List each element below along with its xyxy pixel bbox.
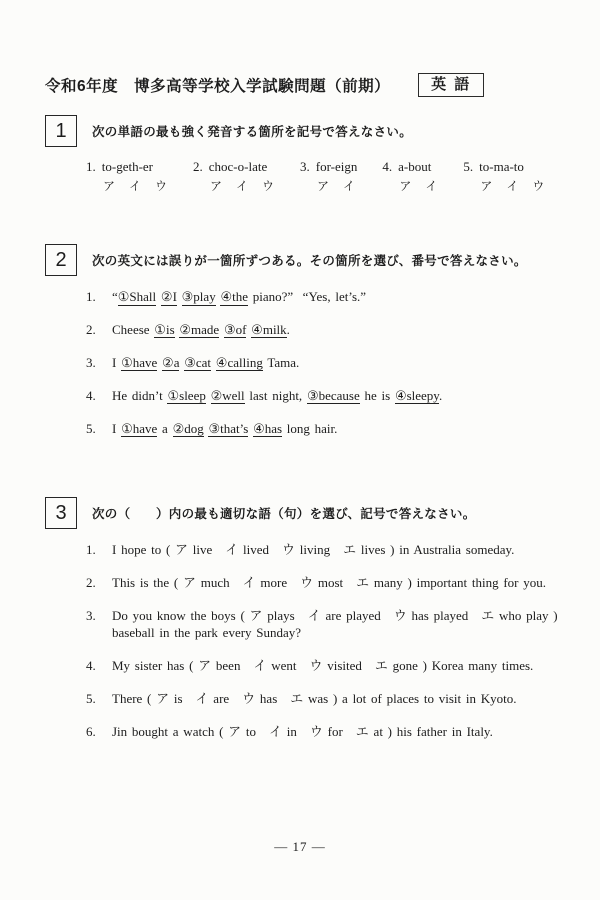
error-sentence-item: 3.I ①have ②a ③cat ④calling Tama. <box>86 355 565 372</box>
section-3: 3 次の（ ）内の最も適切な語（句）を選び、記号で答えなさい。 1.I hope… <box>45 497 565 740</box>
kana-options: ア イ <box>382 177 438 194</box>
underlined-choice: ③because <box>307 388 360 405</box>
item-number: 5. <box>463 159 473 174</box>
underlined-choice: ②well <box>211 388 245 405</box>
sentence-text: Cheese ①is ②made ③of ④milk. <box>112 322 565 339</box>
underlined-choice: ④the <box>220 289 248 306</box>
word-label: 1.to-geth-er <box>86 159 168 175</box>
sentence-text: He didn’t ①sleep ②well last night, ③beca… <box>112 388 565 405</box>
error-sentence-item: 2.Cheese ①is ②made ③of ④milk. <box>86 322 565 339</box>
sentence-text: Jin bought a watch ( ア to イ in ウ for エ a… <box>112 724 565 741</box>
item-number: 4. <box>86 388 112 405</box>
error-sentence-item: 5.I ①have a ②dog ③that’s ④has long hair. <box>86 421 565 438</box>
sentence-text: Do you know the boys ( ア plays イ are pla… <box>112 608 565 642</box>
sentence-text: “①Shall ②I ③play ④the piano?” “Yes, let’… <box>112 289 565 306</box>
item-number: 5. <box>86 421 112 438</box>
sentence-text: I ①have a ②dog ③that’s ④has long hair. <box>112 421 565 438</box>
section1-number-box: 1 <box>45 115 77 147</box>
item-number: 2. <box>193 159 203 174</box>
header: 令和6年度 博多高等学校入学試験問題（前期） 英 語 <box>45 73 600 97</box>
underlined-choice: ④has <box>253 421 282 438</box>
underlined-choice: ①have <box>121 421 157 438</box>
underlined-choice: ①have <box>121 355 157 372</box>
section3-number: 3 <box>55 503 66 523</box>
underlined-choice: ④milk <box>251 322 287 339</box>
section3-items: 1.I hope to ( ア live イ lived ウ living エ … <box>86 542 565 740</box>
item-number: 3. <box>300 159 310 174</box>
page-number: — 17 — <box>274 839 326 854</box>
section2-items: 1.“①Shall ②I ③play ④the piano?” “Yes, le… <box>86 289 565 437</box>
error-sentence-item: 1.“①Shall ②I ③play ④the piano?” “Yes, le… <box>86 289 565 306</box>
underlined-choice: ③cat <box>184 355 211 372</box>
word-label: 4.a-bout <box>382 159 438 175</box>
section1-number: 1 <box>55 121 66 141</box>
sentence-text: There ( ア is イ are ウ has エ was ) a lot o… <box>112 691 565 708</box>
section2-number-box: 2 <box>45 244 77 276</box>
underlined-choice: ①is <box>154 322 174 339</box>
error-sentence-item: 4.He didn’t ①sleep ②well last night, ③be… <box>86 388 565 405</box>
item-number: 2. <box>86 575 112 592</box>
section-1: 1 次の単語の最も強く発音する箇所を記号で答えなさい。 1.to-geth-er… <box>45 115 565 194</box>
item-number: 4. <box>86 658 112 675</box>
choice-sentence-item: 2.This is the ( ア much イ more ウ most エ m… <box>86 575 565 592</box>
underlined-choice: ④sleepy <box>395 388 439 405</box>
section3-instruction: 次の（ ）内の最も適切な語（句）を選び、記号で答えなさい。 <box>92 504 476 522</box>
underlined-choice: ②made <box>179 322 219 339</box>
subject-label: 英 語 <box>431 76 471 93</box>
underlined-choice: ③play <box>182 289 216 306</box>
exam-page: 令和6年度 博多高等学校入学試験問題（前期） 英 語 1 次の単語の最も強く発音… <box>0 0 600 900</box>
item-number: 1. <box>86 289 112 306</box>
item-number: 6. <box>86 724 112 741</box>
choice-sentence-item: 5.There ( ア is イ are ウ has エ was ) a lot… <box>86 691 565 708</box>
underlined-choice: ②I <box>161 289 177 306</box>
pronunciation-item: 2.choc-o-lateア イ ウ <box>193 159 275 194</box>
word-label: 5.to-ma-to <box>463 159 545 175</box>
item-number: 2. <box>86 322 112 339</box>
section-2: 2 次の英文には誤りが一箇所ずつある。その箇所を選び、番号で答えなさい。 1.“… <box>45 244 565 437</box>
footer: — 17 — <box>0 839 600 855</box>
kana-options: ア イ ウ <box>193 177 275 194</box>
pronunciation-item: 4.a-boutア イ <box>382 159 438 194</box>
underlined-choice: ②a <box>162 355 179 372</box>
sentence-text: I ①have ②a ③cat ④calling Tama. <box>112 355 565 372</box>
section2-number: 2 <box>55 250 66 270</box>
item-number: 3. <box>86 355 112 372</box>
word-label: 3.for-eign <box>300 159 357 175</box>
item-number: 1. <box>86 542 112 559</box>
section1-head: 1 次の単語の最も強く発音する箇所を記号で答えなさい。 <box>45 115 565 147</box>
underlined-choice: ②dog <box>173 421 204 438</box>
kana-options: ア イ ウ <box>86 177 168 194</box>
item-number: 3. <box>86 608 112 642</box>
choice-sentence-item: 3.Do you know the boys ( ア plays イ are p… <box>86 608 565 642</box>
choice-sentence-item: 4.My sister has ( ア been イ went ウ visite… <box>86 658 565 675</box>
section1-instruction: 次の単語の最も強く発音する箇所を記号で答えなさい。 <box>92 122 412 140</box>
underlined-choice: ③of <box>224 322 246 339</box>
underlined-choice: ①Shall <box>118 289 156 306</box>
item-number: 4. <box>382 159 392 174</box>
section2-instruction: 次の英文には誤りが一箇所ずつある。その箇所を選び、番号で答えなさい。 <box>92 251 527 269</box>
section3-number-box: 3 <box>45 497 77 529</box>
pronunciation-item: 1.to-geth-erア イ ウ <box>86 159 168 194</box>
section1-items: 1.to-geth-erア イ ウ2.choc-o-lateア イ ウ3.for… <box>86 159 565 194</box>
subject-box: 英 語 <box>418 73 484 97</box>
section3-head: 3 次の（ ）内の最も適切な語（句）を選び、記号で答えなさい。 <box>45 497 565 529</box>
item-number: 5. <box>86 691 112 708</box>
section2-head: 2 次の英文には誤りが一箇所ずつある。その箇所を選び、番号で答えなさい。 <box>45 244 565 276</box>
underlined-choice: ①sleep <box>167 388 205 405</box>
word-label: 2.choc-o-late <box>193 159 275 175</box>
choice-sentence-item: 6.Jin bought a watch ( ア to イ in ウ for エ… <box>86 724 565 741</box>
sentence-text: This is the ( ア much イ more ウ most エ man… <box>112 575 565 592</box>
pronunciation-item: 3.for-eignア イ <box>300 159 357 194</box>
sentence-text: My sister has ( ア been イ went ウ visited … <box>112 658 565 675</box>
kana-options: ア イ ウ <box>463 177 545 194</box>
underlined-choice: ④calling <box>216 355 263 372</box>
sentence-text: I hope to ( ア live イ lived ウ living エ li… <box>112 542 565 559</box>
item-number: 1. <box>86 159 96 174</box>
kana-options: ア イ <box>300 177 357 194</box>
pronunciation-item: 5.to-ma-toア イ ウ <box>463 159 545 194</box>
underlined-choice: ③that’s <box>208 421 248 438</box>
choice-sentence-item: 1.I hope to ( ア live イ lived ウ living エ … <box>86 542 565 559</box>
page-title: 令和6年度 博多高等学校入学試験問題（前期） <box>45 74 390 96</box>
